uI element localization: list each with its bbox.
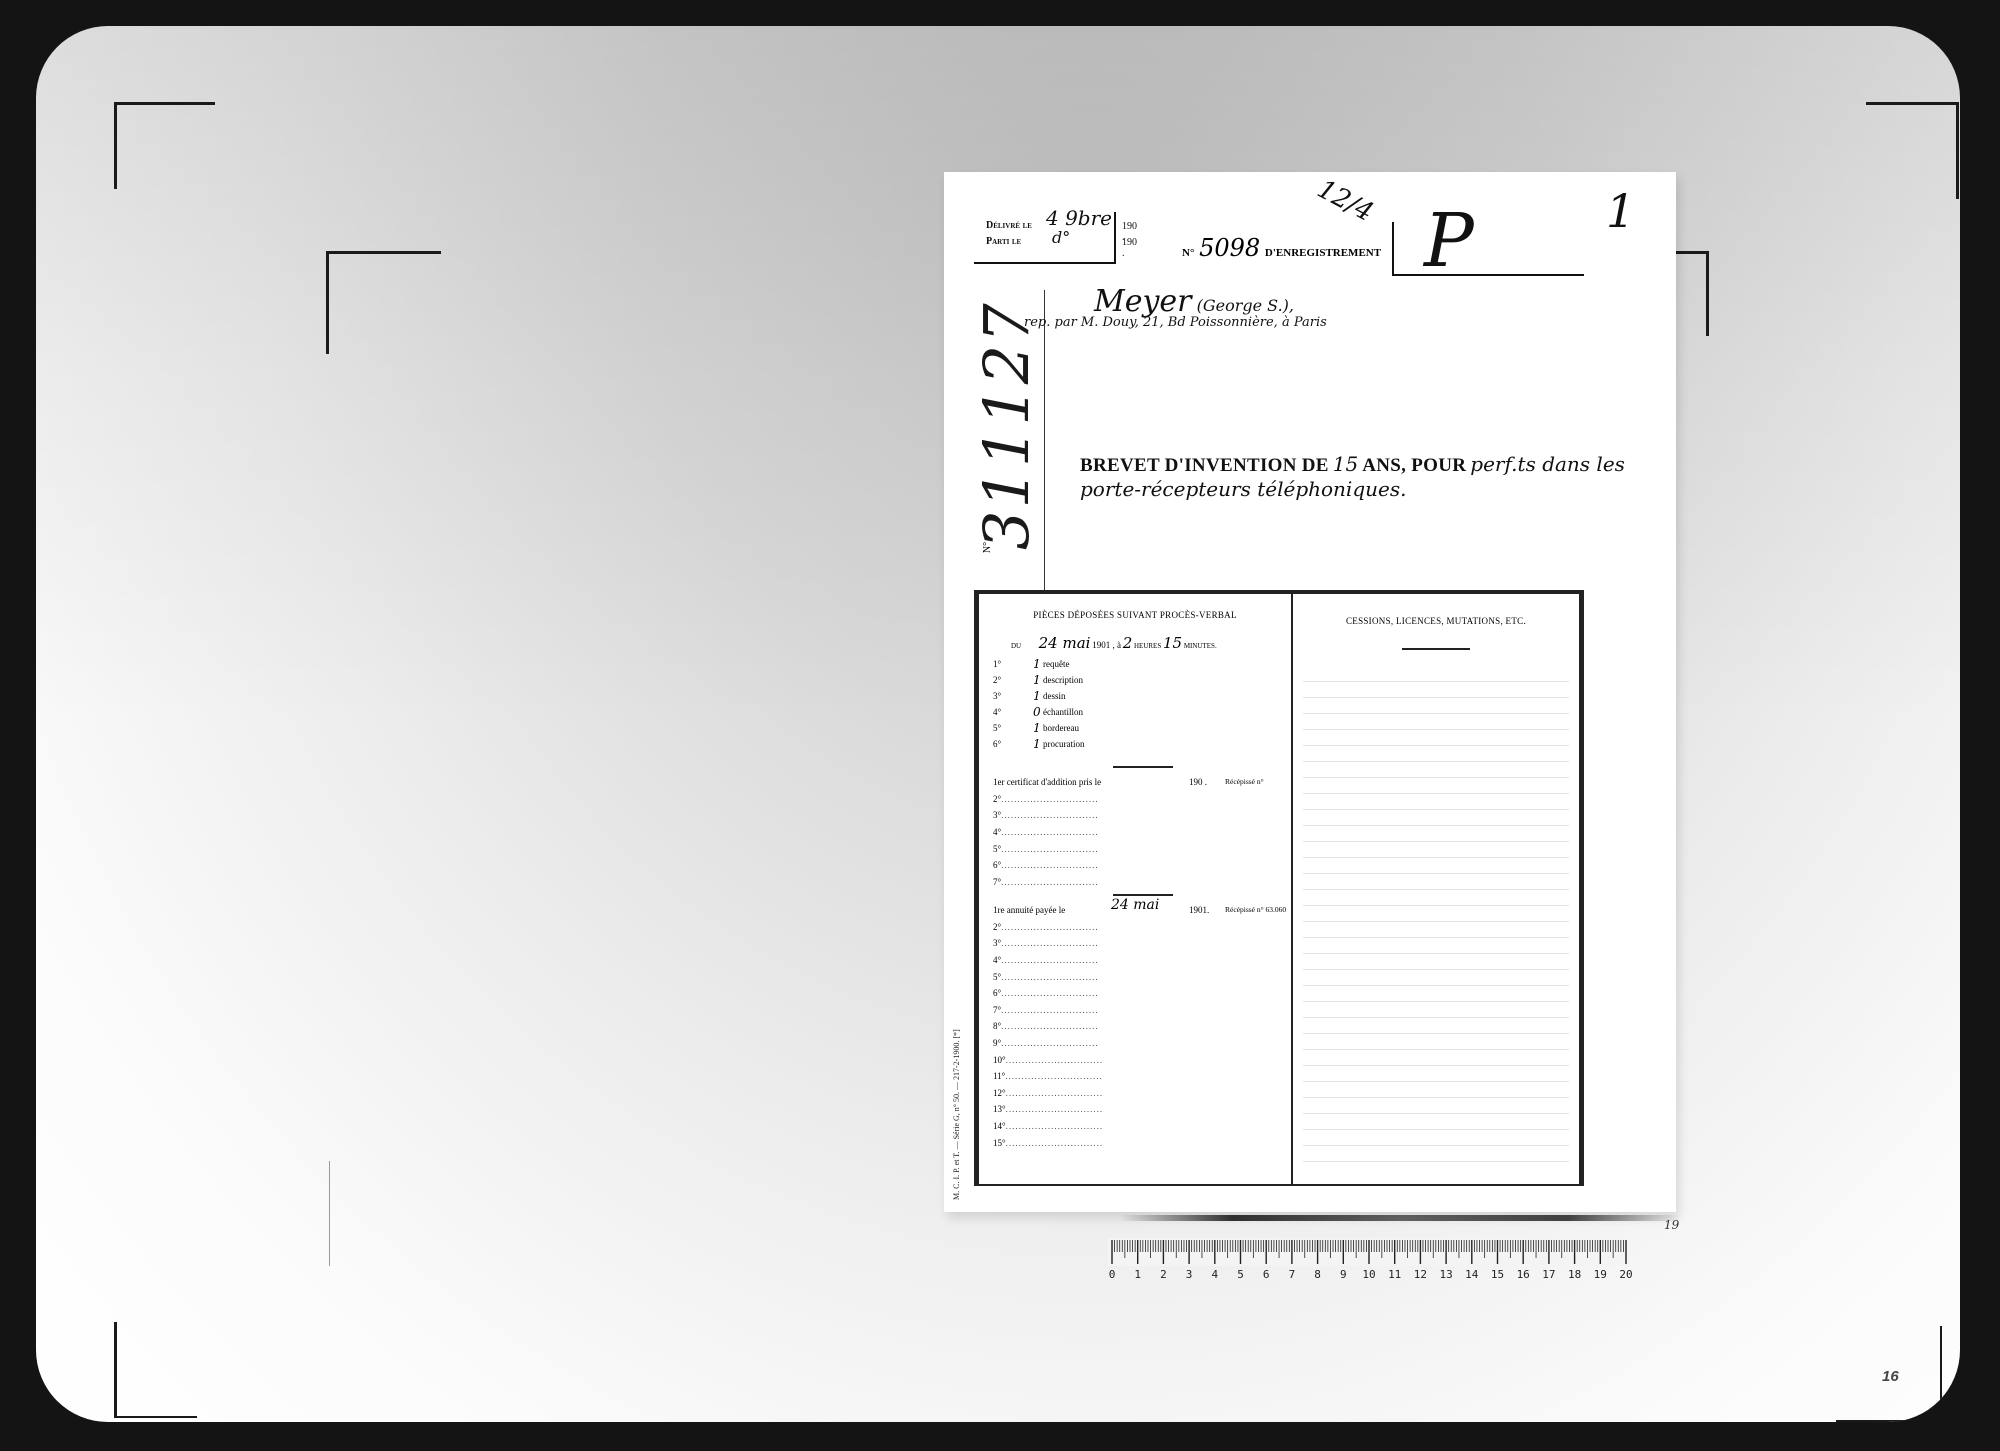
patent-subject-2: porte-récepteurs téléphoniques. [1080, 477, 1406, 501]
list-row: 2° .............................. [993, 791, 1283, 808]
cessions-rule [1402, 648, 1470, 650]
list-row-first: 1re annuité payée le24 mai1901.Récépissé… [993, 902, 1283, 919]
annuity-date: 24 mai [1111, 897, 1159, 913]
sheet-mark: 1 [1606, 184, 1635, 238]
deposit-date-line: DU 24 mai 1901 , à 2 HEURES 15 MINUTES. [1011, 634, 1217, 652]
delivered-label: Délivré le [986, 220, 1032, 231]
list-row: 5° .............................. [993, 840, 1283, 857]
list-row: 14° .............................. [993, 1118, 1283, 1135]
list-row: 8° .............................. [993, 1018, 1283, 1035]
ruled-lines [1303, 666, 1569, 1164]
list-row: 4° .............................. [993, 824, 1283, 841]
cessions-column: CESSIONS, LICENCES, MUTATIONS, ETC. [1293, 594, 1579, 1184]
svg-text:14: 14 [1465, 1268, 1479, 1281]
list-row: 6° .............................. [993, 985, 1283, 1002]
piece-item: 2°1description [993, 672, 1084, 688]
margin-rule [1044, 290, 1045, 590]
delivery-box: Délivré le Parti le 4 9bre d° 190 . 190 … [974, 212, 1116, 264]
svg-text:11: 11 [1388, 1268, 1401, 1281]
inner-crop-mark-top-right [1676, 251, 1709, 336]
piece-label: échantillon [1043, 707, 1083, 717]
piece-label: dessin [1043, 691, 1066, 701]
piece-label: description [1043, 675, 1083, 685]
list-row: 9° .............................. [993, 1035, 1283, 1052]
svg-text:1: 1 [1134, 1268, 1141, 1281]
svg-text:13: 13 [1439, 1268, 1452, 1281]
pieces-list: 1°1requête2°1description3°1dessin4°0écha… [993, 656, 1084, 752]
piece-label: procuration [1043, 739, 1084, 749]
registration-number: N° 5098 D'ENREGISTREMENT [1182, 234, 1381, 262]
list-row: 15° .............................. [993, 1134, 1283, 1151]
inner-crop-mark-bottom-left [329, 1161, 332, 1266]
piece-count: 1 [1033, 673, 1043, 687]
patent-duration: 15 [1333, 452, 1358, 476]
svg-text:0: 0 [1109, 1268, 1116, 1281]
svg-text:5: 5 [1237, 1268, 1244, 1281]
list-row: 3° .............................. [993, 807, 1283, 824]
piece-count: 1 [1033, 721, 1043, 735]
section-rule [1113, 766, 1173, 768]
piece-item: 5°1bordereau [993, 720, 1084, 736]
pieces-column: PIÈCES DÉPOSÉES SUIVANT PROCÈS-VERBAL DU… [979, 594, 1293, 1184]
list-row-first: 1er certificat d'addition pris le190 .Ré… [993, 774, 1283, 791]
departed-year: 190 . [1122, 237, 1137, 259]
list-row: 11° .............................. [993, 1068, 1283, 1085]
piece-count: 1 [1033, 689, 1043, 703]
record-table: PIÈCES DÉPOSÉES SUIVANT PROCÈS-VERBAL DU… [974, 590, 1584, 1186]
margin-annotation: 12/4 [1312, 174, 1378, 228]
svg-text:20: 20 [1619, 1268, 1632, 1281]
list-row: 13° .............................. [993, 1101, 1283, 1118]
applicant: Meyer (George S.), rep. par M. Douy, 21,… [1094, 284, 1327, 330]
registration-value: 5098 [1199, 234, 1260, 262]
deposit-hour: 2 [1123, 634, 1133, 652]
departed-label: Parti le [986, 236, 1021, 247]
piece-count: 0 [1033, 705, 1043, 719]
cessions-heading: CESSIONS, LICENCES, MUTATIONS, ETC. [1293, 616, 1579, 626]
svg-text:19: 19 [1594, 1268, 1607, 1281]
list-row: 2° .............................. [993, 919, 1283, 936]
annuities-list: 1re annuité payée le24 mai1901.Récépissé… [993, 902, 1283, 1151]
svg-text:8: 8 [1314, 1268, 1321, 1281]
piece-item: 4°0échantillon [993, 704, 1084, 720]
svg-text:10: 10 [1362, 1268, 1375, 1281]
piece-item: 3°1dessin [993, 688, 1084, 704]
piece-count: 1 [1033, 657, 1043, 671]
piece-item: 6°1procuration [993, 736, 1084, 752]
ruler-ticks: 01234567891011121314151617181920 [1106, 1236, 1636, 1282]
svg-text:16: 16 [1517, 1268, 1530, 1281]
crop-mark-bottom-left [114, 1322, 197, 1418]
patent-number-label: N° [982, 542, 993, 553]
list-row: 6° .............................. [993, 857, 1283, 874]
patent-title: BREVET D'INVENTION DE 15 ANS, POUR perf.… [1080, 452, 1650, 501]
svg-text:3: 3 [1186, 1268, 1193, 1281]
deposit-date: 24 mai [1039, 634, 1091, 652]
list-row: 5° .............................. [993, 968, 1283, 985]
applicant-name: Meyer [1094, 284, 1192, 319]
crop-mark-top-left [114, 102, 215, 189]
svg-text:18: 18 [1568, 1268, 1581, 1281]
certificates-list: 1er certificat d'addition pris le190 .Ré… [993, 774, 1283, 890]
section-rule [1113, 894, 1173, 896]
page-mark: 19 [1664, 1218, 1679, 1232]
piece-label: bordereau [1043, 723, 1079, 733]
patent-number: 311127 [970, 301, 1043, 550]
registration-label: D'ENREGISTREMENT [1265, 247, 1381, 259]
svg-text:15: 15 [1491, 1268, 1504, 1281]
printer-imprint: M. C. I. P. et T. — Série G, n° 50. — 21… [952, 1029, 961, 1200]
inner-crop-mark-top-left [326, 251, 441, 354]
patent-subject-1: perf.ts dans les [1470, 452, 1625, 476]
crop-mark-top-right [1866, 102, 1959, 199]
patent-record-card: Délivré le Parti le 4 9bre d° 190 . 190 … [944, 172, 1676, 1212]
svg-text:4: 4 [1211, 1268, 1218, 1281]
piece-count: 1 [1033, 737, 1043, 751]
list-row: 3° .............................. [993, 935, 1283, 952]
corner-box [1392, 222, 1584, 276]
piece-label: requête [1043, 659, 1069, 669]
piece-item: 1°1requête [993, 656, 1084, 672]
svg-text:7: 7 [1289, 1268, 1296, 1281]
departed-value: d° [1052, 228, 1070, 247]
pieces-heading: PIÈCES DÉPOSÉES SUIVANT PROCÈS-VERBAL [979, 610, 1291, 620]
list-row: 10° .............................. [993, 1051, 1283, 1068]
delivered-value: 4 9bre [1046, 206, 1112, 230]
applicant-given-name: (George S.), [1197, 296, 1294, 315]
list-row: 12° .............................. [993, 1085, 1283, 1102]
list-row: 7° .............................. [993, 874, 1283, 891]
list-row: 7° .............................. [993, 1002, 1283, 1019]
document-shadow-edge [1120, 1215, 1680, 1221]
svg-text:12: 12 [1414, 1268, 1427, 1281]
applicant-representative: rep. par M. Douy, 21, Bd Poissonnière, à… [1024, 315, 1327, 330]
initial-mark: P [1424, 198, 1474, 284]
deposit-minutes: 15 [1163, 634, 1182, 652]
svg-text:9: 9 [1340, 1268, 1347, 1281]
frame-number: 16 [1882, 1368, 1899, 1385]
svg-text:2: 2 [1160, 1268, 1167, 1281]
svg-text:17: 17 [1542, 1268, 1555, 1281]
scale-ruler: 01234567891011121314151617181920 [1106, 1236, 1636, 1282]
svg-text:6: 6 [1263, 1268, 1270, 1281]
list-row: 4° .............................. [993, 952, 1283, 969]
